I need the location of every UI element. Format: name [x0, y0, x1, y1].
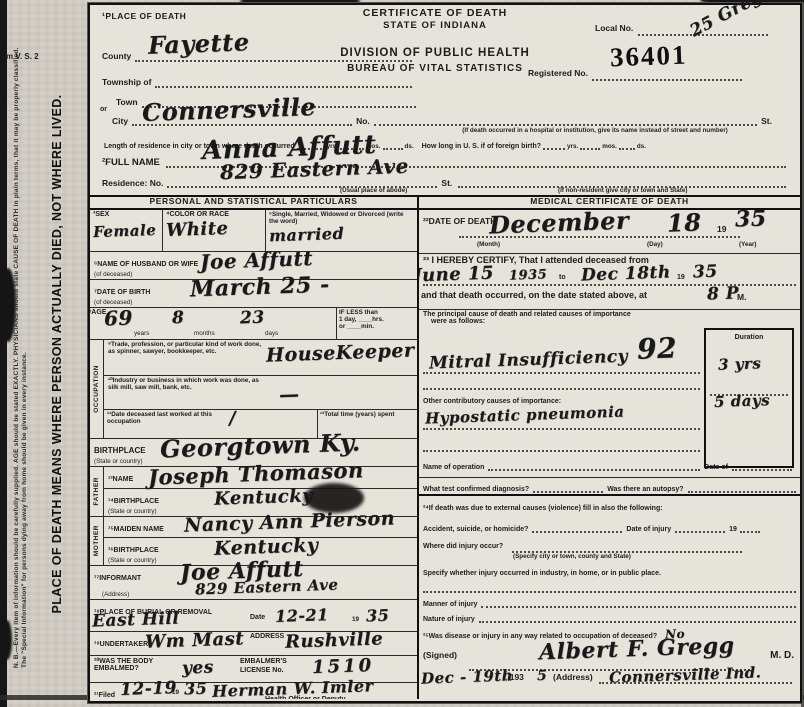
external-label: ²⁴If death was due to external causes (v…: [423, 505, 663, 512]
certify-from-value: June 15: [419, 263, 494, 287]
foreign-birth-label: How long in U. S. if of foreign birth?: [422, 143, 541, 150]
length-ds-label: ds.: [405, 143, 414, 150]
age-less-line2: 1 day, ____hrs.: [339, 316, 415, 323]
birthdate-value: March 25 -: [190, 272, 330, 303]
burial-row: ¹⁸PLACE OF BURIAL OR REMOVAL East Hill D…: [90, 600, 417, 632]
county-value: Fayette: [148, 27, 250, 60]
form-header: ¹PLACE OF DEATH CERTIFICATE OF DEATH STA…: [90, 5, 800, 197]
burial-value: East Hill: [92, 608, 180, 631]
father-side-label-cell: FATHER: [90, 467, 104, 516]
age-cell: ⁸AGE 69 years 8 months 23 days: [90, 308, 336, 339]
scan-edge-left: [0, 0, 7, 707]
residence-label: Residence: No.: [102, 178, 163, 188]
city-no-blank: [374, 115, 757, 126]
nature-blank: [479, 612, 796, 623]
dod-day-value: 18: [667, 207, 702, 237]
birthdate-row: ⁷DATE OF BIRTH (of deceased) March 25 -: [90, 280, 417, 308]
sex-value: Female: [93, 221, 157, 241]
dod-month-value: December: [489, 206, 630, 240]
father-bp-value: Kentucky: [214, 485, 314, 509]
signed-address-label: (Address): [553, 672, 593, 682]
where-injury-row: Where did injury occur? (Specify city or…: [419, 534, 800, 561]
township-blank: [155, 77, 412, 88]
hospital-note: (If death occurred in a hospital or inst…: [410, 127, 780, 134]
death-time-value: 8 P: [707, 283, 740, 304]
principal-label2: were as follows:: [431, 318, 796, 325]
signed-date-row: Dec - 19th , 193 5 (Address) Connersvill…: [419, 668, 800, 699]
father-side-label: FATHER: [93, 477, 100, 506]
undertaker-label: ¹⁹UNDERTAKER: [94, 641, 148, 648]
color-cell: ⁴COLOR OR RACE White: [163, 210, 266, 251]
foreign-ds-label: ds.: [637, 143, 646, 150]
city-no-label: No.: [356, 116, 370, 126]
injury-date-label: Date of injury: [626, 526, 671, 533]
date-of-death-row: ²²DATE OF DEATH December 18 19 35 (Month…: [419, 210, 800, 254]
foreign-yrs-blank: [543, 139, 565, 150]
age-less-line1: IF LESS than: [339, 309, 415, 316]
informant-label: ¹⁷INFORMANT: [94, 575, 141, 582]
injury-year-blank: [740, 522, 760, 533]
accident-label: Accident, suicide, or homicide?: [423, 526, 528, 533]
sex-label: ³SEX: [93, 211, 159, 218]
personal-section-title: PERSONAL AND STATISTICAL PARTICULARS: [90, 195, 417, 210]
signed-label: (Signed): [423, 650, 457, 660]
certify-row: ²³ I HEREBY CERTIFY, That I attended dec…: [419, 254, 800, 310]
signed-address-blank: [599, 682, 792, 684]
signed-date-value: Dec - 19th: [421, 666, 514, 687]
maiden-label: ¹⁵MAIDEN NAME: [108, 526, 164, 533]
age-row: ⁸AGE 69 years 8 months 23 days IF LESS t…: [90, 308, 417, 340]
accident-blank: [532, 522, 622, 533]
mother-side-label: MOTHER: [93, 525, 100, 556]
title-line1: CERTIFICATE OF DEATH: [275, 7, 595, 19]
trade-label: ⁹Trade, profession, or particular kind o…: [108, 341, 268, 355]
dod-day-sub: (Day): [647, 241, 663, 248]
specify-row: Specify whether injury occurred in indus…: [419, 561, 800, 581]
embalmed-value: yes: [182, 657, 214, 678]
registered-no-label: Registered No.: [528, 68, 588, 78]
local-no-row: Local No.: [595, 18, 768, 36]
color-value: White: [166, 218, 229, 241]
license-value: 1510: [312, 655, 375, 678]
town-label: Town: [116, 97, 138, 108]
signed-year-value: 5: [537, 668, 548, 684]
foreign-mos-label: mos.: [602, 143, 617, 150]
duration-box: Duration 3 yrs 5 days: [704, 328, 794, 468]
birthdate-label: ⁷DATE OF BIRTH: [94, 289, 150, 296]
age-less-line3: or ____min.: [339, 323, 415, 330]
contributory-duration-value: 5 days: [714, 391, 771, 411]
contributory-value: Hypostatic pneumonia: [425, 403, 625, 428]
death-certificate-scan: m V. S. 2 N. B.—Every item of informatio…: [0, 0, 804, 707]
foreign-mos-blank: [580, 139, 600, 150]
mother-side-label-cell: MOTHER: [90, 517, 104, 565]
trade-row: ⁹Trade, profession, or particular kind o…: [104, 340, 417, 376]
maiden-name-row: ¹⁵MAIDEN NAME Nancy Ann Pierson: [104, 517, 417, 538]
injury-year-prefix: 19: [729, 526, 737, 533]
specify-label: Specify whether injury occurred in indus…: [423, 570, 661, 577]
age-years-value: 69: [104, 306, 134, 331]
township-label: Township of: [102, 77, 151, 88]
total-time-label: ¹²Total time (years) spent: [320, 411, 415, 418]
operation-label: Name of operation: [423, 464, 484, 471]
spouse-value: Joe Affutt: [200, 246, 314, 274]
father-name-row: ¹³NAME Joseph Thomason: [104, 467, 417, 489]
last-worked-label: ¹¹Date deceased last worked at this occu…: [107, 411, 227, 425]
city-label: City: [112, 116, 128, 126]
license-label2: LICENSE No.: [240, 667, 284, 674]
test-row: What test confirmed diagnosis? Was there…: [419, 478, 800, 494]
or-label: or: [100, 106, 107, 113]
burial-date-label: Date: [250, 614, 265, 621]
autopsy-label: Was there an autopsy?: [607, 486, 683, 493]
local-no-label: Local No.: [595, 23, 633, 33]
sex-cell: ³SEX Female: [90, 210, 163, 251]
residence-st-label: St.: [441, 178, 452, 188]
filed-row: ²¹Filed 12-19 19 35 Herman W. Imler Heal…: [90, 683, 417, 699]
principal-value: Mitral Insufficiency: [429, 347, 629, 374]
margin-note-small: N. B.—Every item of information should b…: [13, 38, 47, 668]
industry-row: ¹⁰Industry or business in which work was…: [104, 376, 417, 410]
occupation-side-label: OCCUPATION: [93, 365, 100, 413]
principal-label1: The principal cause of death and related…: [423, 311, 796, 318]
abode-note: (Usual place of abode): [340, 187, 407, 194]
father-name-label: ¹³NAME: [108, 476, 133, 483]
personal-section: PERSONAL AND STATISTICAL PARTICULARS ³SE…: [90, 195, 419, 699]
undertaker-value: Wm Mast: [145, 628, 245, 652]
contributory-blank1: [423, 428, 700, 430]
filed-label: ²¹Filed: [94, 692, 115, 699]
nonresident-note: (If non-resident give city or town and S…: [558, 187, 687, 194]
occupation-side-label-cell: OCCUPATION: [90, 340, 104, 438]
marital-cell: ⁵Single, Married, Widowed or Divorced (w…: [266, 210, 417, 251]
principal-blank1: [423, 372, 700, 374]
birthplace-label: BIRTHPLACE: [94, 446, 146, 455]
undertaker-row: ¹⁹UNDERTAKER ADDRESS Wm Mast Rushville: [90, 632, 417, 656]
age-years-label: years: [134, 330, 149, 337]
death-time-m-label: M.: [737, 292, 746, 302]
operation-date-label: Date of: [704, 464, 728, 471]
certificate-form: ¹PLACE OF DEATH CERTIFICATE OF DEATH STA…: [88, 3, 802, 703]
injury-date-blank: [675, 522, 725, 533]
causes-area: The principal cause of death and related…: [419, 310, 800, 478]
ink-blob: [2, 620, 12, 660]
mother-bp-label: ¹⁶BIRTHPLACE: [108, 547, 159, 554]
manner-row: Manner of injury: [419, 594, 800, 609]
city-st-label: St.: [761, 116, 772, 126]
principal-duration-value: 3 yrs: [718, 354, 762, 373]
township-row: Township of: [102, 77, 412, 88]
industry-value: —: [279, 382, 300, 407]
last-worked-value: /: [229, 408, 237, 429]
county-label: County: [102, 51, 131, 62]
certify-to-value: Dec 18th: [581, 262, 671, 285]
filed-date-value: 12-19: [120, 678, 178, 699]
color-label: ⁴COLOR OR RACE: [166, 211, 262, 218]
informant-row: ¹⁷INFORMANT (Address) Joe Affutt 829 Eas…: [90, 566, 417, 600]
undertaker-addr-value: Rushville: [285, 628, 384, 652]
place-of-death-label: ¹PLACE OF DEATH: [102, 11, 186, 21]
marital-value: married: [269, 224, 345, 246]
dod-blank: [459, 236, 740, 238]
license-label1: EMBALMER'S: [240, 658, 287, 665]
sex-color-marital-row: ³SEX Female ⁴COLOR OR RACE White ⁵Single…: [90, 210, 417, 252]
margin-note-large: PLACE OF DEATH MEANS WHERE PERSON ACTUAL…: [50, 20, 68, 688]
autopsy-blank: [688, 482, 796, 493]
age-days-value: 23: [240, 308, 265, 329]
filed-year-prefix: 19: [172, 689, 179, 696]
city-value: Connersville: [142, 92, 317, 127]
manner-label: Manner of injury: [423, 601, 477, 608]
contributory-blank2: [423, 450, 700, 452]
age-days-label: days: [265, 330, 278, 337]
full-name-label: ²FULL NAME: [102, 157, 160, 168]
industry-label: ¹⁰Industry or business in which work was…: [108, 377, 268, 391]
test-blank: [533, 482, 603, 493]
medical-section: MEDICAL CERTIFICATE OF DEATH ²²DATE OF D…: [419, 195, 800, 699]
operation-date-blank: [732, 460, 792, 471]
certify-line2: and that death occurred, on the date sta…: [421, 290, 647, 300]
accident-row: Accident, suicide, or homicide? Date of …: [419, 516, 800, 534]
spouse-label: ⁶NAME OF HUSBAND OR WIFE: [94, 261, 198, 268]
certify-to-year: 35: [693, 262, 718, 283]
registered-no-value: 36401: [609, 40, 688, 74]
burial-date-value: 12-21: [275, 605, 329, 626]
foreign-yrs-label: yrs.: [567, 143, 578, 150]
filed-year-value: 35: [184, 679, 208, 699]
certify-to-year-prefix: 19: [677, 274, 685, 281]
occupation-group: OCCUPATION ⁹Trade, profession, or partic…: [90, 340, 417, 439]
age-months-value: 8: [172, 308, 185, 328]
external-causes-row: ²⁴If death was due to external causes (v…: [419, 494, 800, 516]
certify-to-label: to: [559, 274, 566, 281]
if-less-cell: IF LESS than 1 day, ____hrs. or ____min.: [336, 308, 417, 339]
dod-label: ²²DATE OF DEATH: [423, 216, 496, 226]
filed-officer-label: Health Officer or Deputy: [265, 696, 346, 699]
nature-row: Nature of injury: [419, 609, 800, 624]
dod-month-sub: (Month): [477, 241, 500, 248]
father-bp-label: ¹⁴BIRTHPLACE: [108, 498, 159, 505]
signed-year-prefix: , 193: [505, 672, 524, 682]
certify-from-year: 1935: [509, 267, 548, 283]
contributory-label: Other contributory causes of importance:: [423, 398, 561, 405]
burial-year-value: 35: [366, 606, 390, 626]
where-note: (Specify city or town, county and State): [513, 553, 796, 560]
certify-blank: [423, 284, 796, 286]
where-label: Where did injury occur?: [423, 543, 503, 550]
dod-year-prefix: 19: [717, 224, 726, 234]
dod-year-sub: (Year): [739, 241, 757, 248]
test-label: What test confirmed diagnosis?: [423, 486, 529, 493]
trade-value: HouseKeeper: [266, 339, 415, 366]
undertaker-addr-label: ADDRESS: [250, 633, 284, 640]
length-ds-blank: [383, 139, 403, 150]
specify-blank-row: [419, 581, 800, 594]
burial-year-prefix: 19: [352, 616, 359, 623]
where-blank: [512, 542, 742, 553]
nature-label: Nature of injury: [423, 616, 475, 623]
duration-label: Duration: [706, 334, 792, 341]
age-months-label: months: [194, 330, 215, 337]
principal-blank2: [423, 388, 700, 390]
title-line2: STATE OF INDIANA: [275, 20, 595, 31]
specify-blank: [423, 582, 796, 593]
md-label: M. D.: [770, 650, 794, 661]
operation-blank: [488, 460, 700, 471]
foreign-ds-blank: [619, 139, 635, 150]
cause-code-value: 92: [636, 331, 677, 365]
operation-row: Name of operation Date of: [423, 460, 792, 471]
dod-year-value: 35: [735, 205, 768, 232]
manner-blank: [481, 597, 796, 608]
